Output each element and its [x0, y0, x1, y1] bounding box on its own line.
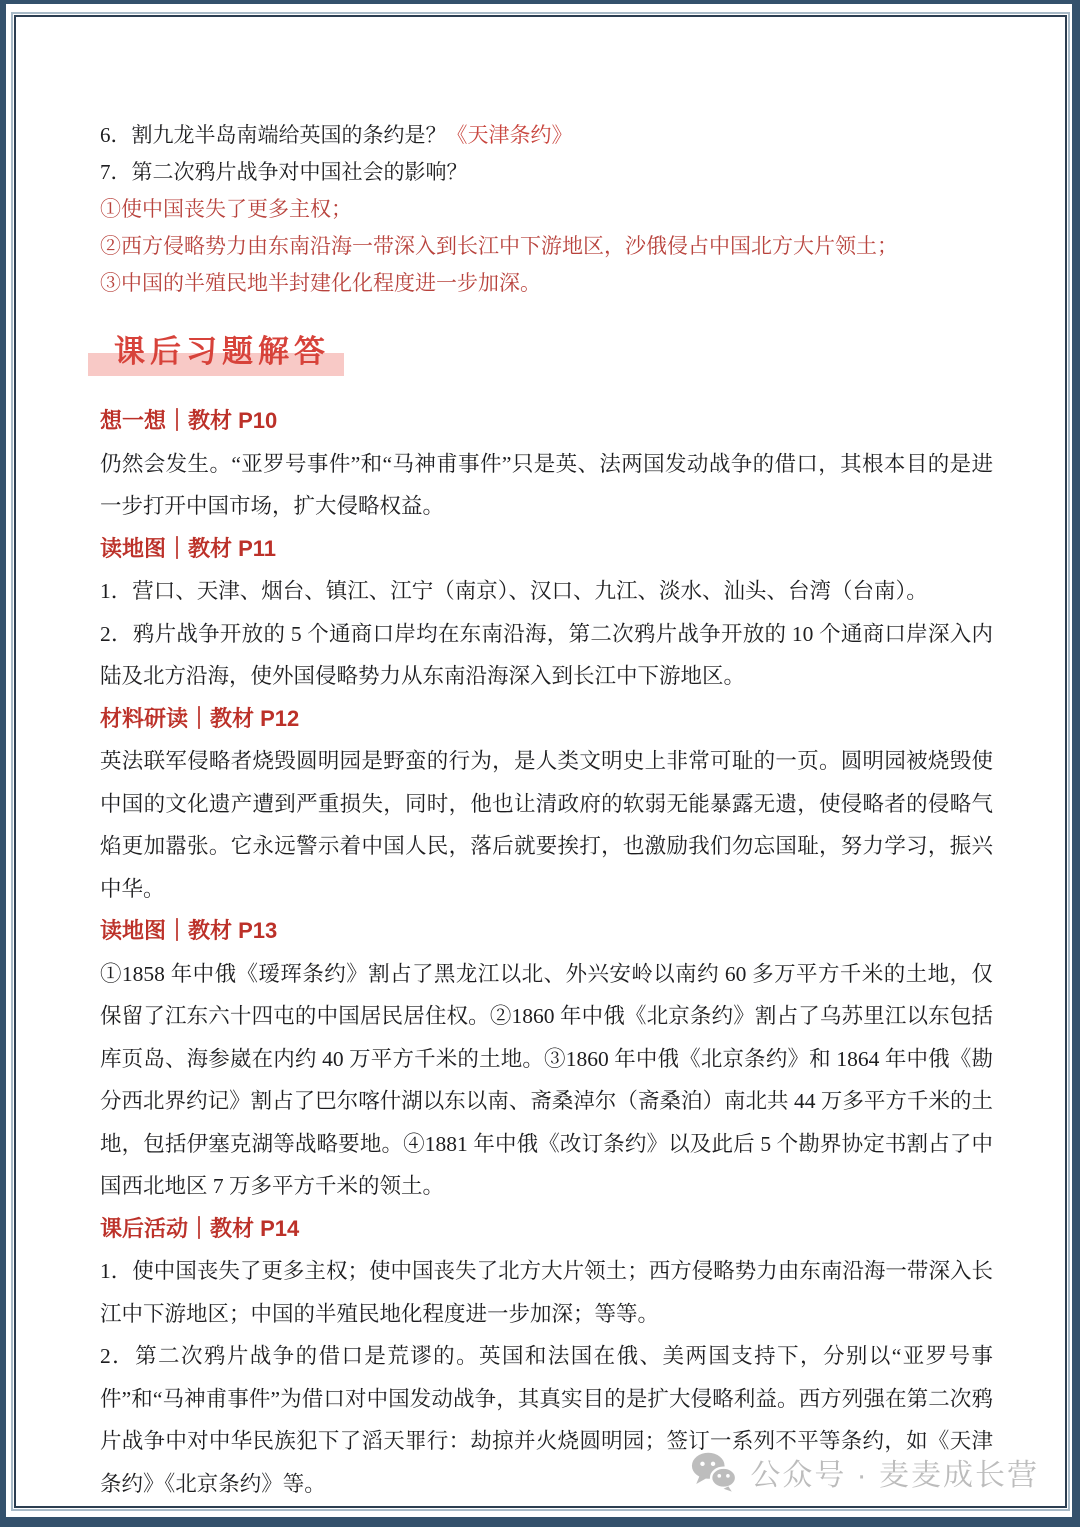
answer-sections: 想一想｜教材 P10 仍然会发生。“亚罗号事件”和“马神甫事件”只是英、法两国发… [100, 400, 993, 1505]
section-heading: 想一想｜教材 P10 [100, 400, 993, 443]
section-think-p10: 想一想｜教材 P10 仍然会发生。“亚罗号事件”和“马神甫事件”只是英、法两国发… [100, 400, 993, 528]
question-7-answer-3: ③中国的半殖民地半封建化化程度进一步加深。 [100, 265, 993, 302]
section-paragraph: 2．鸦片战争开放的 5 个通商口岸均在东南沿海，第二次鸦片战争开放的 10 个通… [100, 613, 993, 698]
section-paragraph: 1．营口、天津、烟台、镇江、江宁（南京）、汉口、九江、淡水、汕头、台湾（台南）。 [100, 570, 993, 613]
question-7: 7．第二次鸦片战争对中国社会的影响？ [100, 154, 993, 191]
banner-title: 课后习题解答 [114, 334, 330, 369]
section-paragraph: ①1858 年中俄《瑷珲条约》割占了黑龙江以北、外兴安岭以南约 60 多万平方千… [100, 953, 993, 1208]
section-banner: 课后习题解答 [114, 326, 330, 372]
section-paragraph: 1．使中国丧失了更多主权；使中国丧失了北方大片领土；西方侵略势力由东南沿海一带深… [100, 1250, 993, 1335]
question-7-text: 7．第二次鸦片战争对中国社会的影响？ [100, 160, 468, 184]
question-6-answer: 《天津条约》 [447, 123, 573, 147]
watermark-text: 公众号 · 麦麦成长营 [750, 1450, 1039, 1494]
wechat-icon [690, 1451, 738, 1493]
document-content: 6．割九龙半岛南端给英国的条约是？《天津条约》 7．第二次鸦片战争对中国社会的影… [16, 17, 1065, 1506]
section-map-p11: 读地图｜教材 P11 1．营口、天津、烟台、镇江、江宁（南京）、汉口、九江、淡水… [100, 528, 993, 698]
question-7-answer-2: ②西方侵略势力由东南沿海一带深入到长江中下游地区，沙俄侵占中国北方大片领土； [100, 228, 993, 265]
section-map-p13: 读地图｜教材 P13 ①1858 年中俄《瑷珲条约》割占了黑龙江以北、外兴安岭以… [100, 910, 993, 1208]
section-material-p12: 材料研读｜教材 P12 英法联军侵略者烧毁圆明园是野蛮的行为，是人类文明史上非常… [100, 698, 993, 911]
section-paragraph: 仍然会发生。“亚罗号事件”和“马神甫事件”只是英、法两国发动战争的借口，其根本目… [100, 443, 993, 528]
question-7-answer-1: ①使中国丧失了更多主权； [100, 191, 993, 228]
section-banner-row: 课后习题解答 [100, 326, 993, 384]
section-heading: 读地图｜教材 P13 [100, 910, 993, 953]
question-block: 6．割九龙半岛南端给英国的条约是？《天津条约》 7．第二次鸦片战争对中国社会的影… [100, 117, 993, 302]
section-heading: 材料研读｜教材 P12 [100, 698, 993, 741]
section-heading: 读地图｜教材 P11 [100, 528, 993, 571]
document-page-frame: 6．割九龙半岛南端给英国的条约是？《天津条约》 7．第二次鸦片战争对中国社会的影… [14, 15, 1067, 1508]
watermark: 公众号 · 麦麦成长营 [690, 1450, 1039, 1494]
section-heading: 课后活动｜教材 P14 [100, 1208, 993, 1251]
question-6: 6．割九龙半岛南端给英国的条约是？《天津条约》 [100, 117, 993, 154]
question-6-text: 6．割九龙半岛南端给英国的条约是？ [100, 123, 447, 147]
section-paragraph: 英法联军侵略者烧毁圆明园是野蛮的行为，是人类文明史上非常可耻的一页。圆明园被烧毁… [100, 740, 993, 910]
